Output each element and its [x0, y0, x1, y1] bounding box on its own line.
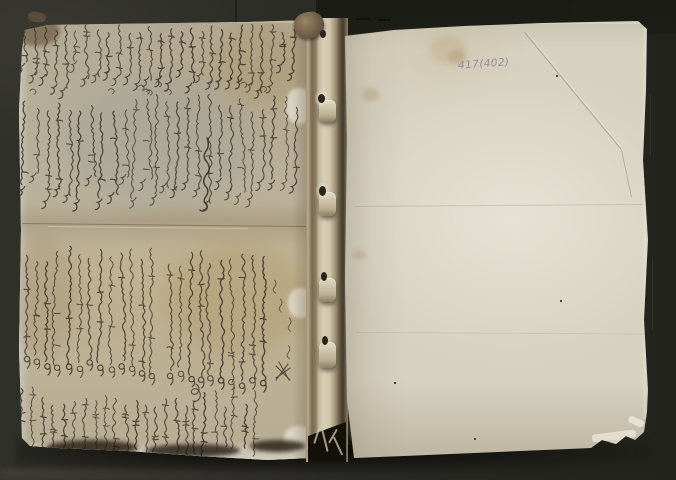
handwriting-stroke — [139, 99, 153, 191]
handwriting-stroke — [277, 33, 286, 73]
handwriting-stroke — [239, 254, 246, 394]
handwriting-columns — [18, 20, 310, 460]
handwriting-stroke — [215, 105, 224, 189]
handwriting-stroke — [87, 258, 93, 370]
handwriting-stroke — [166, 89, 172, 94]
backdrop-seam — [235, 0, 237, 24]
handwriting-stroke — [246, 25, 255, 93]
handwriting-stroke — [211, 391, 218, 450]
handwriting-stroke — [215, 30, 225, 90]
handwriting-stroke — [95, 113, 105, 210]
handwriting-stroke — [280, 97, 289, 191]
handwriting-stroke — [254, 26, 264, 98]
handwriting-stroke — [39, 27, 49, 85]
handwriting-stroke — [276, 362, 290, 380]
handwriting-stroke — [288, 318, 291, 331]
handwriting-stroke — [246, 112, 255, 207]
handwriting-stroke — [235, 25, 245, 89]
handwriting-stroke — [18, 24, 28, 73]
handwriting-stroke — [119, 110, 129, 184]
stain — [352, 250, 366, 260]
backdrop-seam — [574, 0, 576, 20]
handwriting-stroke — [266, 25, 276, 93]
page-crease-diagonal — [524, 32, 621, 150]
manuscript-photo: 417(402) — [0, 0, 676, 480]
speck — [560, 300, 562, 302]
page-crease-diagonal — [526, 32, 621, 147]
handwriting-stroke — [73, 111, 83, 211]
handwriting-stroke — [97, 249, 104, 375]
handwriting-stroke — [124, 33, 134, 85]
handwriting-stroke — [241, 82, 247, 87]
handwriting-stroke — [34, 262, 40, 369]
handwriting-stroke — [249, 256, 256, 390]
handwriting-stroke — [149, 248, 155, 385]
handwriting-stroke — [268, 96, 277, 190]
binding-gutter — [306, 18, 348, 462]
handwriting-stroke — [200, 138, 209, 211]
handwriting-stroke — [52, 251, 60, 376]
handwriting-stroke — [92, 30, 102, 83]
handwriting-stroke — [18, 101, 28, 196]
fore-edge-line — [650, 95, 651, 155]
sewing-hole — [321, 272, 327, 281]
speck — [474, 438, 476, 440]
handwriting-stroke — [129, 249, 135, 376]
handwriting-stroke — [30, 387, 36, 456]
handwriting-stroke — [261, 86, 267, 91]
sewing-hole — [320, 30, 326, 38]
handwriting-stroke — [44, 262, 50, 376]
handwriting-stroke — [170, 102, 180, 198]
sewing-support — [319, 342, 336, 368]
handwriting-stroke — [181, 98, 190, 190]
pencil-annotation: 417(402) — [458, 56, 510, 72]
handwriting-stroke — [59, 26, 69, 99]
corner-damage-tab — [27, 11, 46, 23]
sewing-support — [319, 278, 336, 302]
handwriting-stroke — [256, 110, 266, 191]
flyleaf-page: 417(402) — [344, 20, 652, 460]
handwriting-stroke — [198, 251, 205, 388]
handwriting-stroke — [66, 246, 72, 374]
handwriting-stroke — [218, 260, 224, 389]
backdrop-dash-mark — [356, 18, 370, 20]
handwriting-stroke — [63, 110, 73, 202]
page-edge-right-highlight — [643, 28, 646, 418]
handwriting-stroke — [133, 401, 139, 450]
handwriting-stroke — [139, 260, 146, 382]
handwriting-stroke — [225, 106, 234, 200]
handwriting-stroke — [53, 103, 62, 197]
handwriting-stroke — [193, 95, 202, 197]
handwriting-stroke — [162, 399, 168, 446]
handwriting-stroke — [30, 89, 36, 94]
handwriting-stroke — [150, 95, 160, 206]
handwriting-stroke — [185, 28, 195, 93]
handwriting-stroke — [142, 27, 153, 87]
speck — [394, 382, 396, 384]
handwriting-stroke — [231, 388, 238, 449]
handwriting-stroke — [160, 102, 170, 193]
backdrop-dash-mark — [378, 19, 391, 21]
handwriting-stroke — [165, 29, 175, 91]
sewing-support — [319, 100, 336, 122]
handwriting-stroke — [155, 34, 164, 87]
handwriting-stroke — [103, 33, 112, 81]
handwriting-stroke — [242, 404, 248, 448]
handwriting-stroke — [70, 31, 80, 72]
pastedown-page — [18, 20, 310, 460]
handwriting-stroke — [85, 106, 96, 186]
sewing-hole — [322, 336, 328, 345]
stain — [362, 88, 379, 101]
sewing-hole — [318, 94, 325, 103]
handwriting-stroke — [287, 346, 290, 359]
handwriting-stroke — [273, 280, 276, 293]
handwriting-stroke — [77, 255, 83, 378]
handwriting-stroke — [206, 26, 216, 89]
handwriting-stroke — [260, 257, 266, 393]
sewing-hole — [319, 186, 326, 196]
handwriting-stroke — [29, 26, 39, 83]
handwriting-stroke — [279, 299, 282, 312]
page-crease-diagonal — [621, 150, 632, 197]
handwriting-stroke — [225, 33, 235, 89]
page-crease-horizontal — [356, 332, 646, 335]
handwriting-stroke — [81, 24, 90, 86]
handwriting-stroke — [119, 253, 126, 374]
handwriting-stroke — [51, 31, 60, 94]
handwriting-stroke — [130, 100, 140, 209]
handwriting-stroke — [188, 252, 195, 386]
handwriting-stroke — [112, 25, 122, 86]
page-crease-horizontal — [354, 204, 642, 207]
handwriting-stroke — [24, 255, 30, 368]
handwriting-stroke — [206, 264, 213, 386]
handwriting-stroke — [108, 257, 115, 378]
handwriting-stroke — [234, 99, 245, 205]
handwriting-stroke — [30, 109, 40, 183]
handwriting-stroke — [107, 111, 118, 204]
handwriting-stroke — [42, 111, 52, 209]
fore-edge-line — [652, 260, 653, 330]
handwriting-stroke — [195, 32, 205, 83]
handwriting-stroke — [178, 266, 184, 381]
handwriting-stroke — [228, 259, 234, 390]
speck — [556, 75, 558, 77]
handwriting-stroke — [176, 32, 185, 78]
handwriting-stroke — [138, 85, 144, 90]
handwriting-stroke — [221, 407, 227, 447]
handwriting-stroke — [108, 89, 114, 94]
handwriting-stroke — [133, 33, 143, 91]
handwriting-stroke — [167, 264, 174, 385]
